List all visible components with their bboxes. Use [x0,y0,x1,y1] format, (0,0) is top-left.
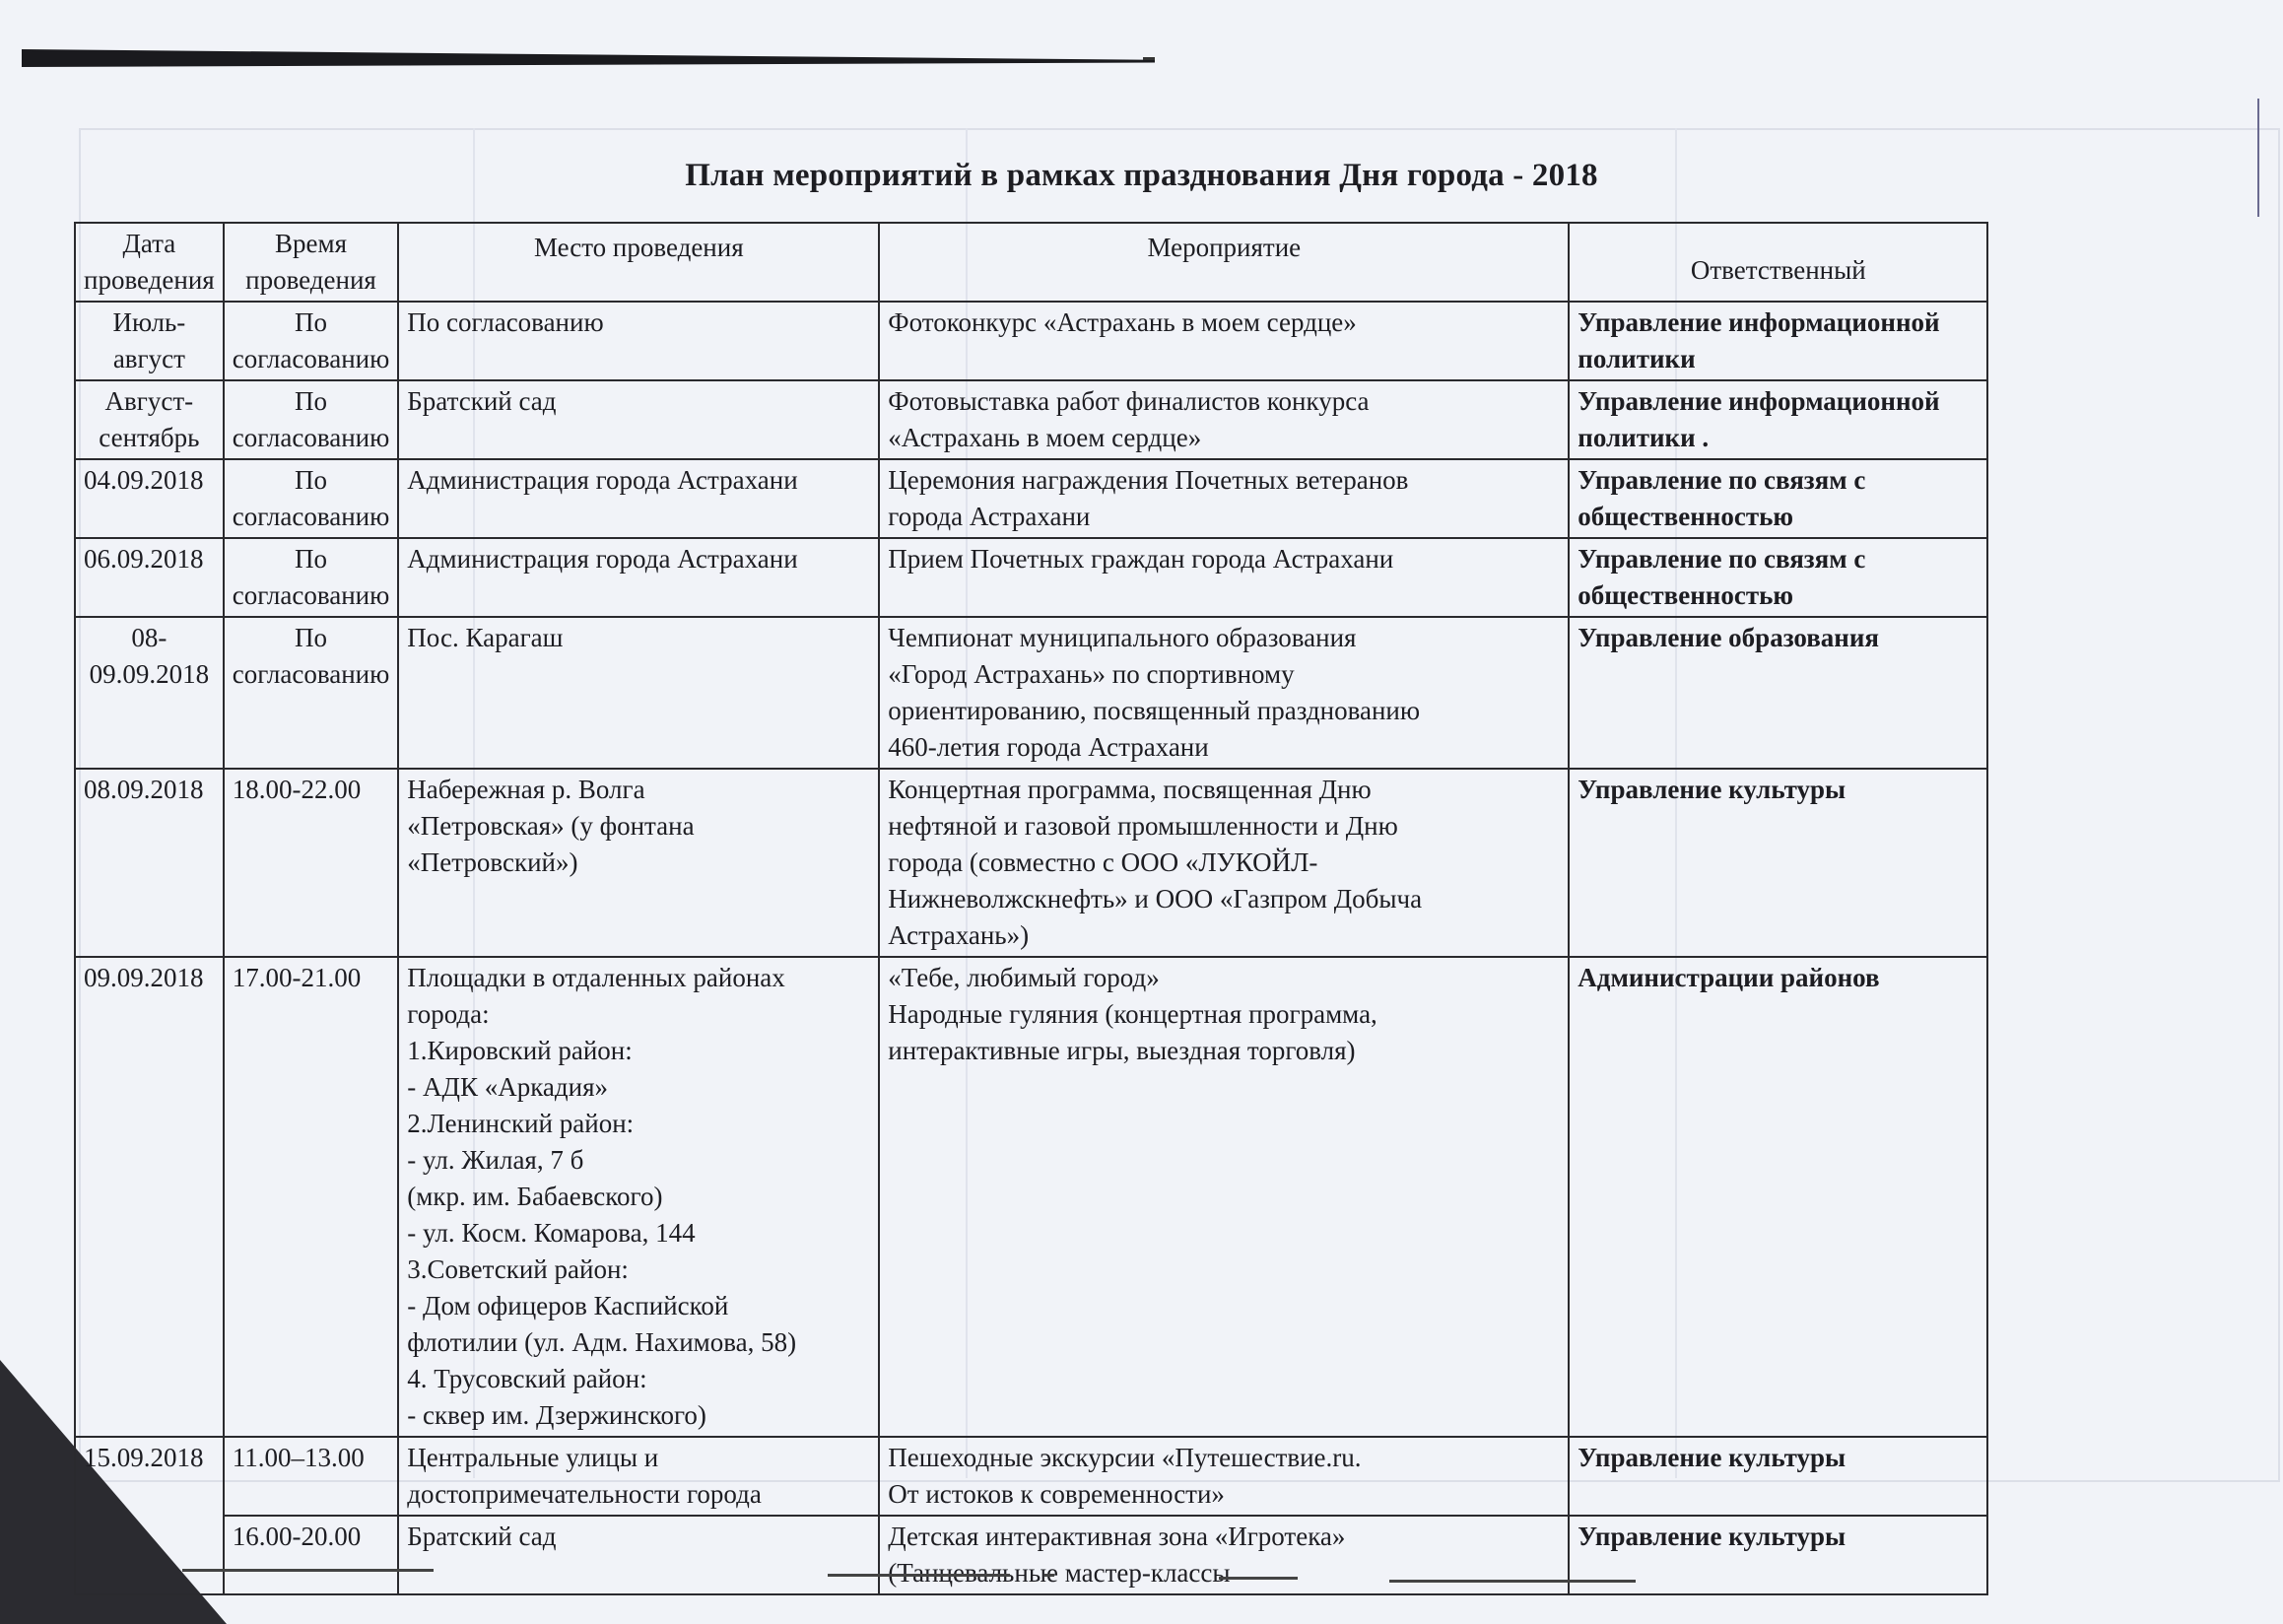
header-place: Место проведения [398,223,879,302]
cell-date: 08-09.09.2018 [75,617,224,769]
footer-rule [1044,1574,1054,1577]
cell-responsible: Управление культуры [1569,1516,1987,1594]
scan-edge-bar [22,49,1155,67]
cell-event: Чемпионат муниципального образования«Гор… [879,617,1569,769]
cell-date: 06.09.2018 [75,538,224,617]
cell-event: «Тебе, любимый город»Народные гуляния (к… [879,957,1569,1437]
cell-event: Фотовыставка работ финалистов конкурса«А… [879,380,1569,459]
footer-rule [1219,1577,1298,1580]
cell-place: Администрация города Астрахани [398,538,879,617]
cell-event: Концертная программа, посвященная Днюнеф… [879,769,1569,957]
cell-place: Центральные улицы идостопримечательности… [398,1437,879,1516]
cell-responsible: Администрации районов [1569,957,1987,1437]
cell-time: Посогласованию [224,538,399,617]
events-plan-table: Дата проведения Время проведения Место п… [74,222,1988,1595]
cell-time: Посогласованию [224,302,399,380]
footer-rule [828,1574,1010,1577]
table-row: 09.09.201817.00-21.00Площадки в отдаленн… [75,957,1987,1437]
cell-responsible: Управление информационнойполитики . [1569,380,1987,459]
cell-event: Церемония награждения Почетных ветеранов… [879,459,1569,538]
cell-event: Пешеходные экскурсии «Путешествие.ru.От … [879,1437,1569,1516]
cell-time: Посогласованию [224,459,399,538]
table-row: 08-09.09.2018ПосогласованиюПос. КарагашЧ… [75,617,1987,769]
table-row: Август-сентябрьПосогласованиюБратский са… [75,380,1987,459]
cell-place: Братский сад [398,1516,879,1594]
table-row: 04.09.2018ПосогласованиюАдминистрация го… [75,459,1987,538]
cell-event: Фотоконкурс «Астрахань в моем сердце» [879,302,1569,380]
cell-responsible: Управление по связям собщественностью [1569,459,1987,538]
footer-rule [182,1569,434,1572]
footer-rule [1389,1580,1636,1583]
table-header-row: Дата проведения Время проведения Место п… [75,223,1987,302]
cell-time: 17.00-21.00 [224,957,399,1437]
cell-responsible: Управление культуры [1569,1437,1987,1516]
cell-place: Площадки в отдаленных районахгорода:1.Ки… [398,957,879,1437]
cell-time: 16.00-20.00 [224,1516,399,1594]
scan-edge-dash [1143,57,1155,60]
cell-place: По согласованию [398,302,879,380]
cell-date: 08.09.2018 [75,769,224,957]
header-date: Дата проведения [75,223,224,302]
cell-responsible: Управление по связям собщественностью [1569,538,1987,617]
cell-event: Детская интерактивная зона «Игротека»(Та… [879,1516,1569,1594]
table-row: 16.00-20.00Братский садДетская интеракти… [75,1516,1987,1594]
table-row: 08.09.201818.00-22.00Набережная р. Волга… [75,769,1987,957]
cell-date: Июль-август [75,302,224,380]
cell-place: Набережная р. Волга«Петровская» (у фонта… [398,769,879,957]
cell-responsible: Управление образования [1569,617,1987,769]
cell-time: Посогласованию [224,380,399,459]
cell-event: Прием Почетных граждан города Астрахани [879,538,1569,617]
cell-date: 09.09.2018 [75,957,224,1437]
header-event: Мероприятие [879,223,1569,302]
table-row: Июль-августПосогласованиюПо согласованию… [75,302,1987,380]
document-title: План мероприятий в рамках празднования Д… [0,158,2283,194]
cell-responsible: Управление культуры [1569,769,1987,957]
cell-date: 04.09.2018 [75,459,224,538]
cell-place: Пос. Карагаш [398,617,879,769]
cell-place: Администрация города Астрахани [398,459,879,538]
cell-time: 18.00-22.00 [224,769,399,957]
cell-time: Посогласованию [224,617,399,769]
table-row: 15.09.201811.00–13.00Центральные улицы и… [75,1437,1987,1516]
header-responsible: Ответственный [1569,223,1987,302]
header-time: Время проведения [224,223,399,302]
cell-date: Август-сентябрь [75,380,224,459]
cell-place: Братский сад [398,380,879,459]
table-row: 06.09.2018ПосогласованиюАдминистрация го… [75,538,1987,617]
cell-responsible: Управление информационнойполитики [1569,302,1987,380]
cell-time: 11.00–13.00 [224,1437,399,1516]
